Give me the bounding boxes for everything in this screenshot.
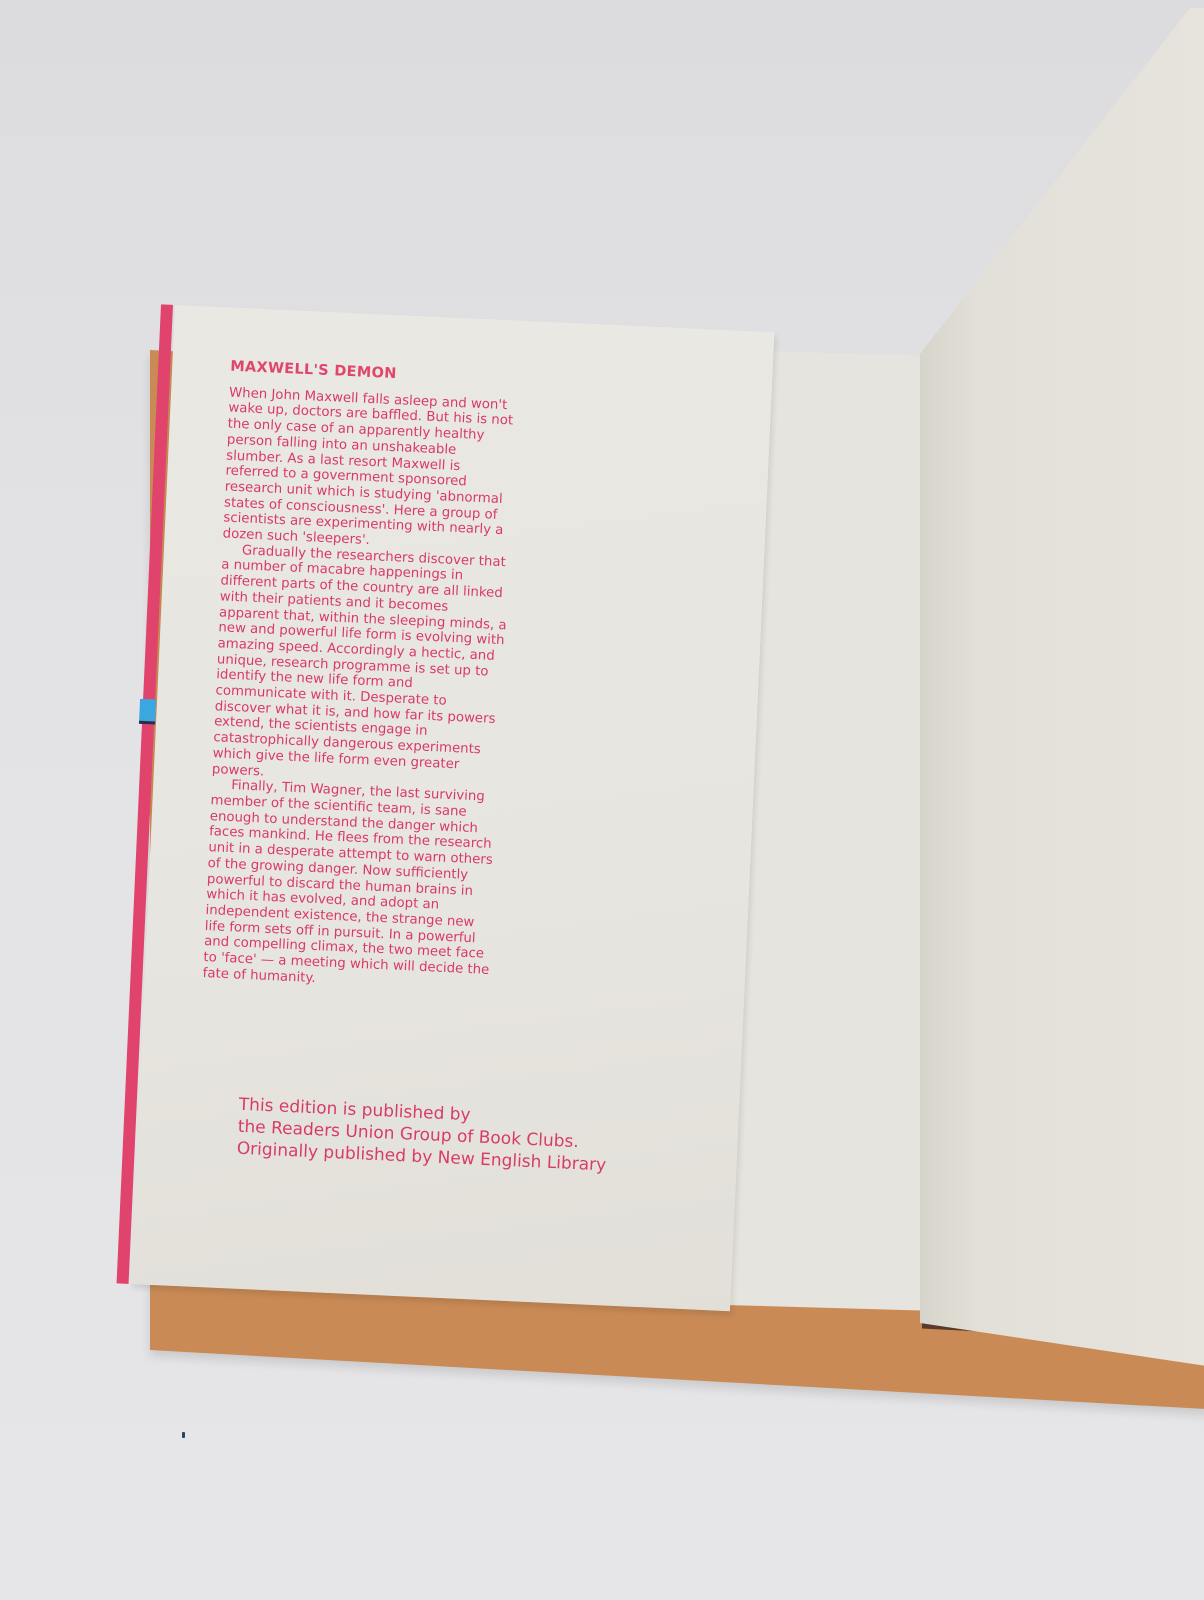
blurb-paragraph-2: Gradually the researchers discover that … [212,542,512,790]
blurb: MAXWELL'S DEMON When John Maxwell falls … [202,360,520,995]
dust-jacket-flap: MAXWELL'S DEMON When John Maxwell falls … [131,305,775,1311]
photo-scene: MAXWELL'S DEMON When John Maxwell falls … [0,0,1204,1600]
flyleaf-right-page [920,8,1204,1368]
jacket-spine-edge [117,304,173,1284]
blurb-body: When John Maxwell falls asleep and won't… [202,385,519,994]
publisher-imprint: This edition is published by the Readers… [236,1094,659,1179]
blurb-paragraph-3: Finally, Tim Wagner, the last surviving … [202,777,501,994]
surface-speck [182,1432,185,1438]
blurb-paragraph-1: When John Maxwell falls asleep and won't… [222,385,519,555]
book-title: MAXWELL'S DEMON [230,360,520,389]
jacket-spine-blue-mark [139,699,156,725]
